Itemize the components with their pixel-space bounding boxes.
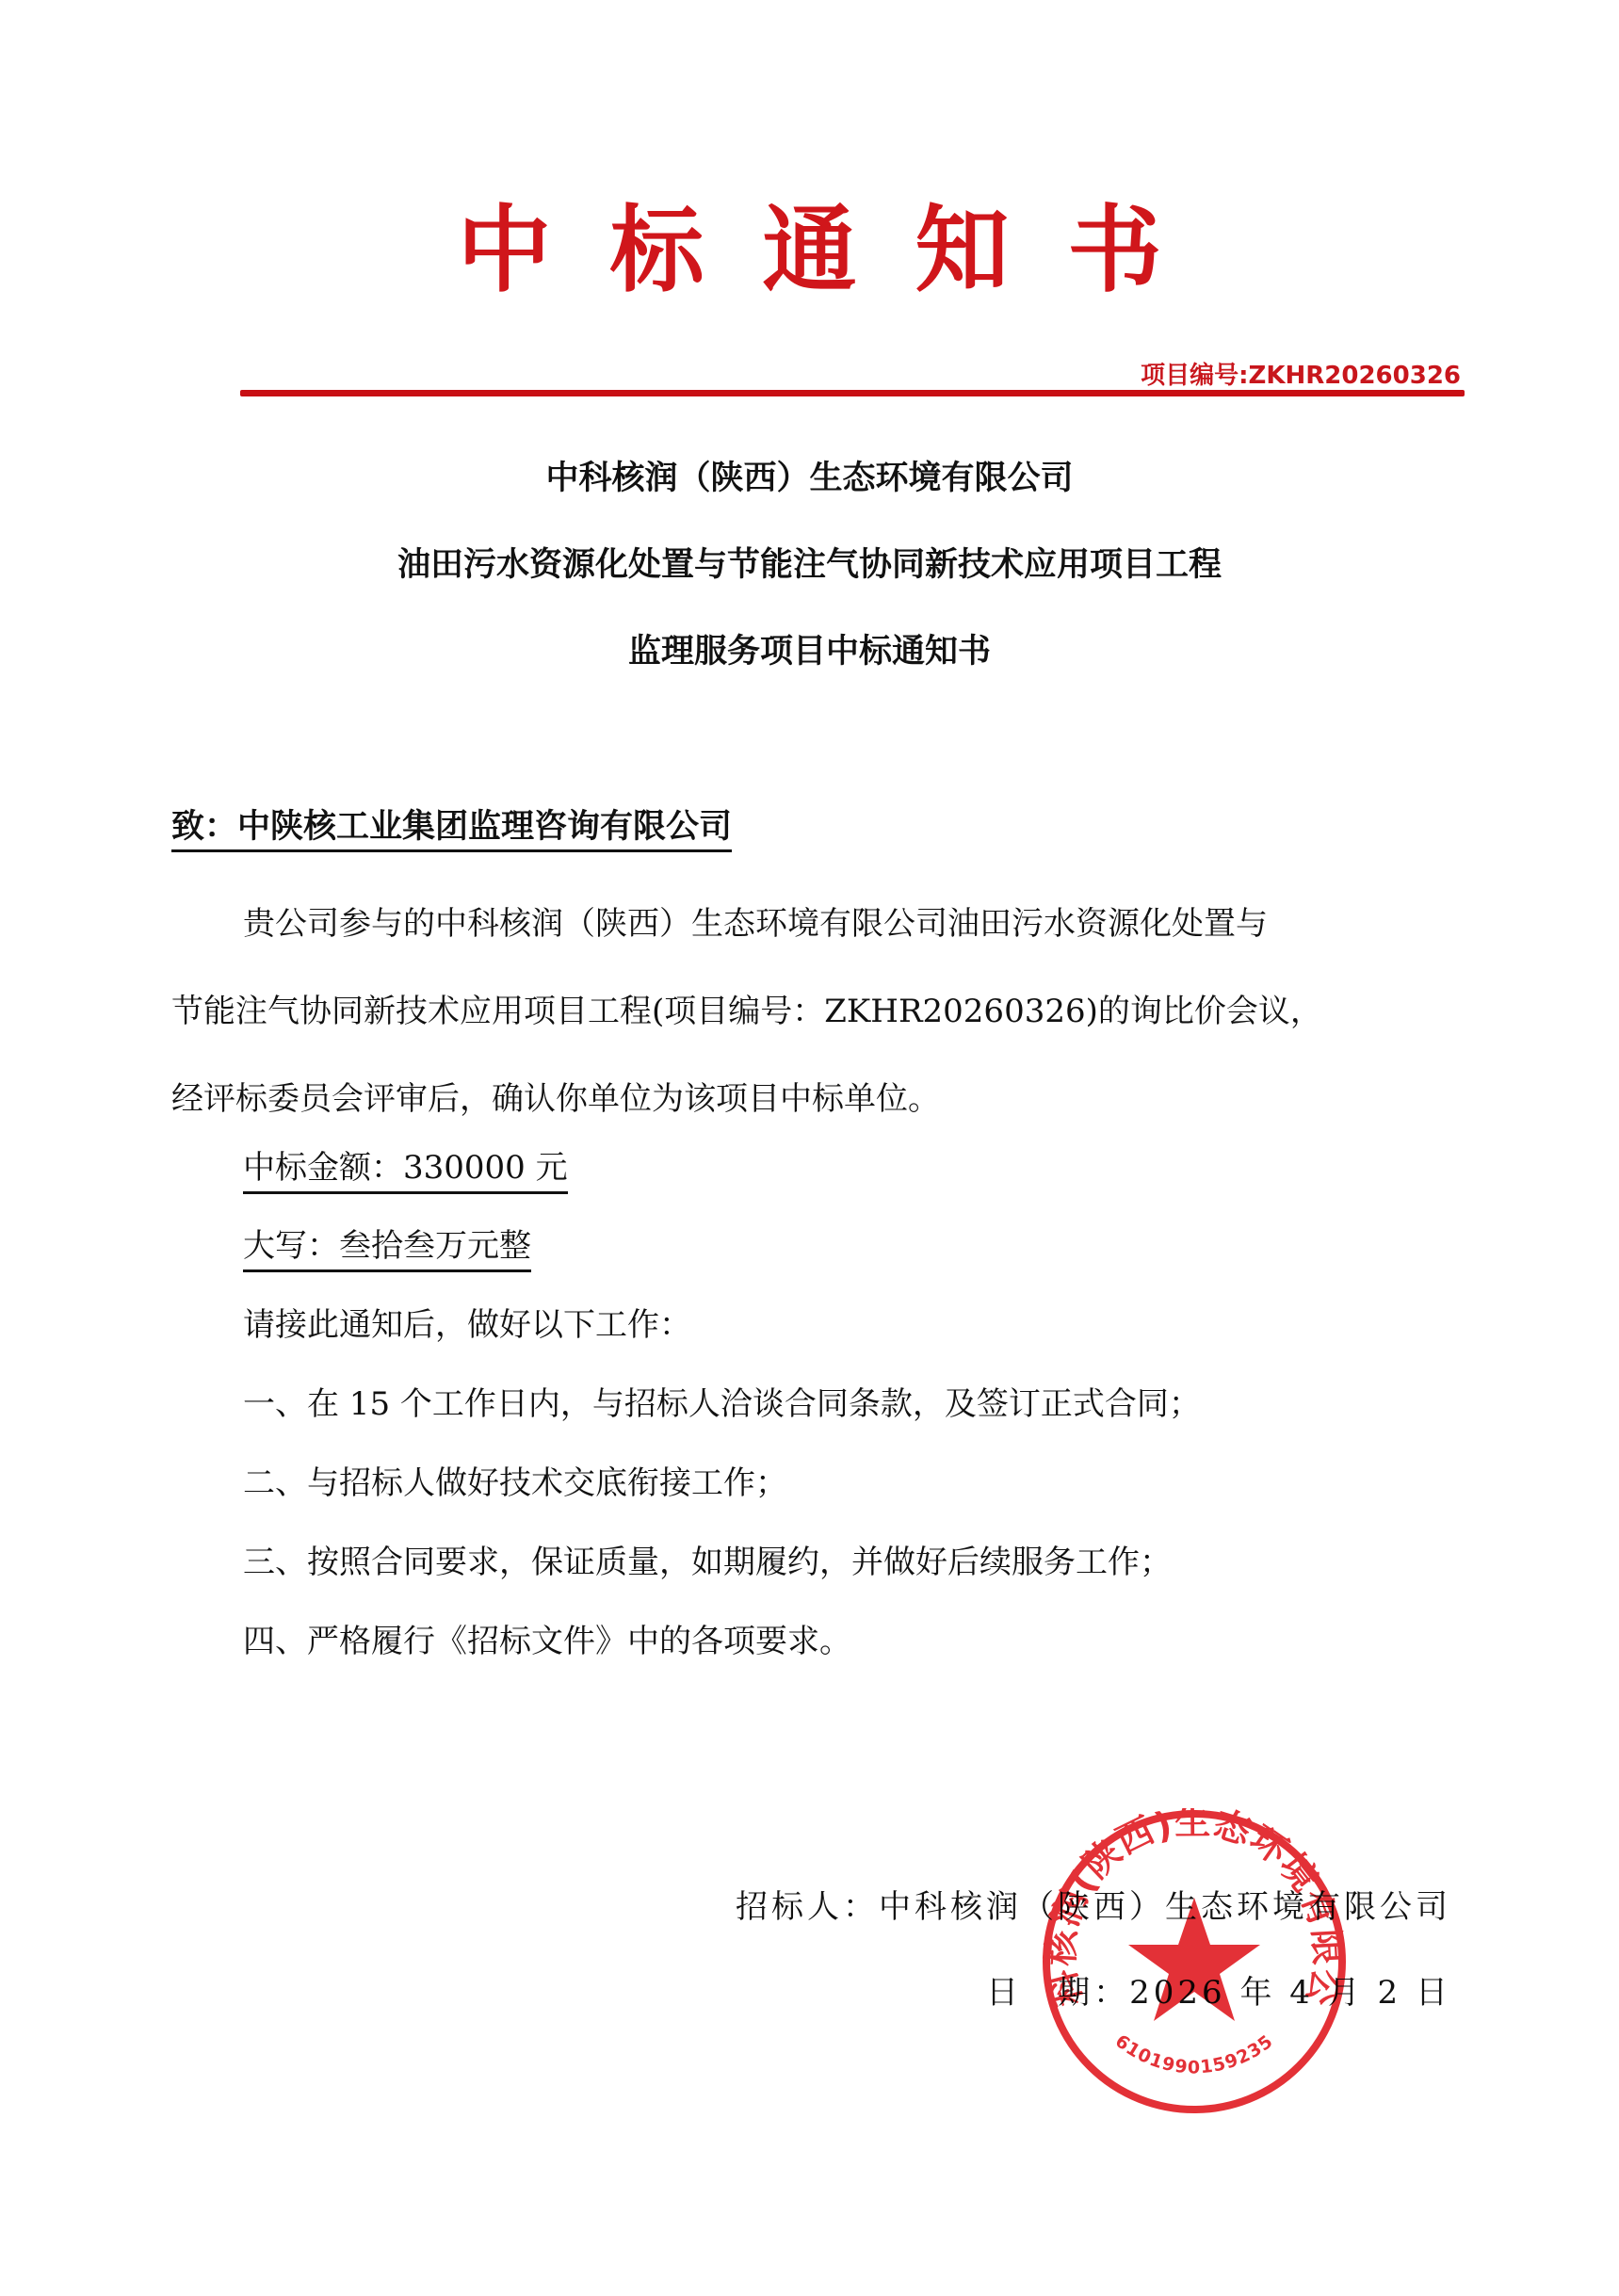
body-line-2: 节能注气协同新技术应用项目工程(项目编号：ZKHR20260326)的询比价会议… — [171, 968, 1471, 1056]
body-line-3: 经评标委员会评审后，确认你单位为该项目中标单位。 — [171, 1056, 1471, 1143]
heading-project: 油田污水资源化处置与节能注气协同新技术应用项目工程 — [0, 539, 1619, 586]
bid-amount-uppercase: 大写：叁拾叁万元整 — [243, 1222, 531, 1272]
header-divider — [240, 390, 1465, 396]
instructions-intro: 请接此通知后，做好以下工作： — [243, 1302, 691, 1349]
svg-text:6101990159235: 6101990159235 — [1111, 2030, 1277, 2078]
project-number: 项目编号:ZKHR20260326 — [1141, 356, 1461, 391]
instruction-item: 四、严格履行《招标文件》中的各项要求。 — [243, 1618, 851, 1665]
instruction-item: 三、按照合同要求，保证质量，如期履约，并做好后续服务工作； — [243, 1539, 1172, 1586]
star-icon — [1128, 1898, 1260, 2021]
bid-amount: 中标金额：330000 元 — [243, 1144, 568, 1194]
company-seal: 中科核润(陕西)生态环境有限公司 6101990159235 — [1039, 1808, 1350, 2115]
heading-notice: 监理服务项目中标通知书 — [0, 625, 1619, 672]
instruction-item: 二、与招标人做好技术交底衔接工作； — [243, 1460, 787, 1507]
instruction-item: 一、在 15 个工作日内，与招标人洽谈合同条款，及签订正式合同； — [243, 1381, 1201, 1428]
body-line-1: 贵公司参与的中科核润（陕西）生态环境有限公司油田污水资源化处置与 — [243, 881, 1543, 968]
heading-company: 中科核润（陕西）生态环境有限公司 — [0, 452, 1619, 499]
document-title: 中标通知书 — [0, 193, 1619, 306]
seal-code: 6101990159235 — [1111, 2030, 1277, 2078]
recipient-line: 致：中陕核工业集团监理咨询有限公司 — [171, 800, 732, 852]
